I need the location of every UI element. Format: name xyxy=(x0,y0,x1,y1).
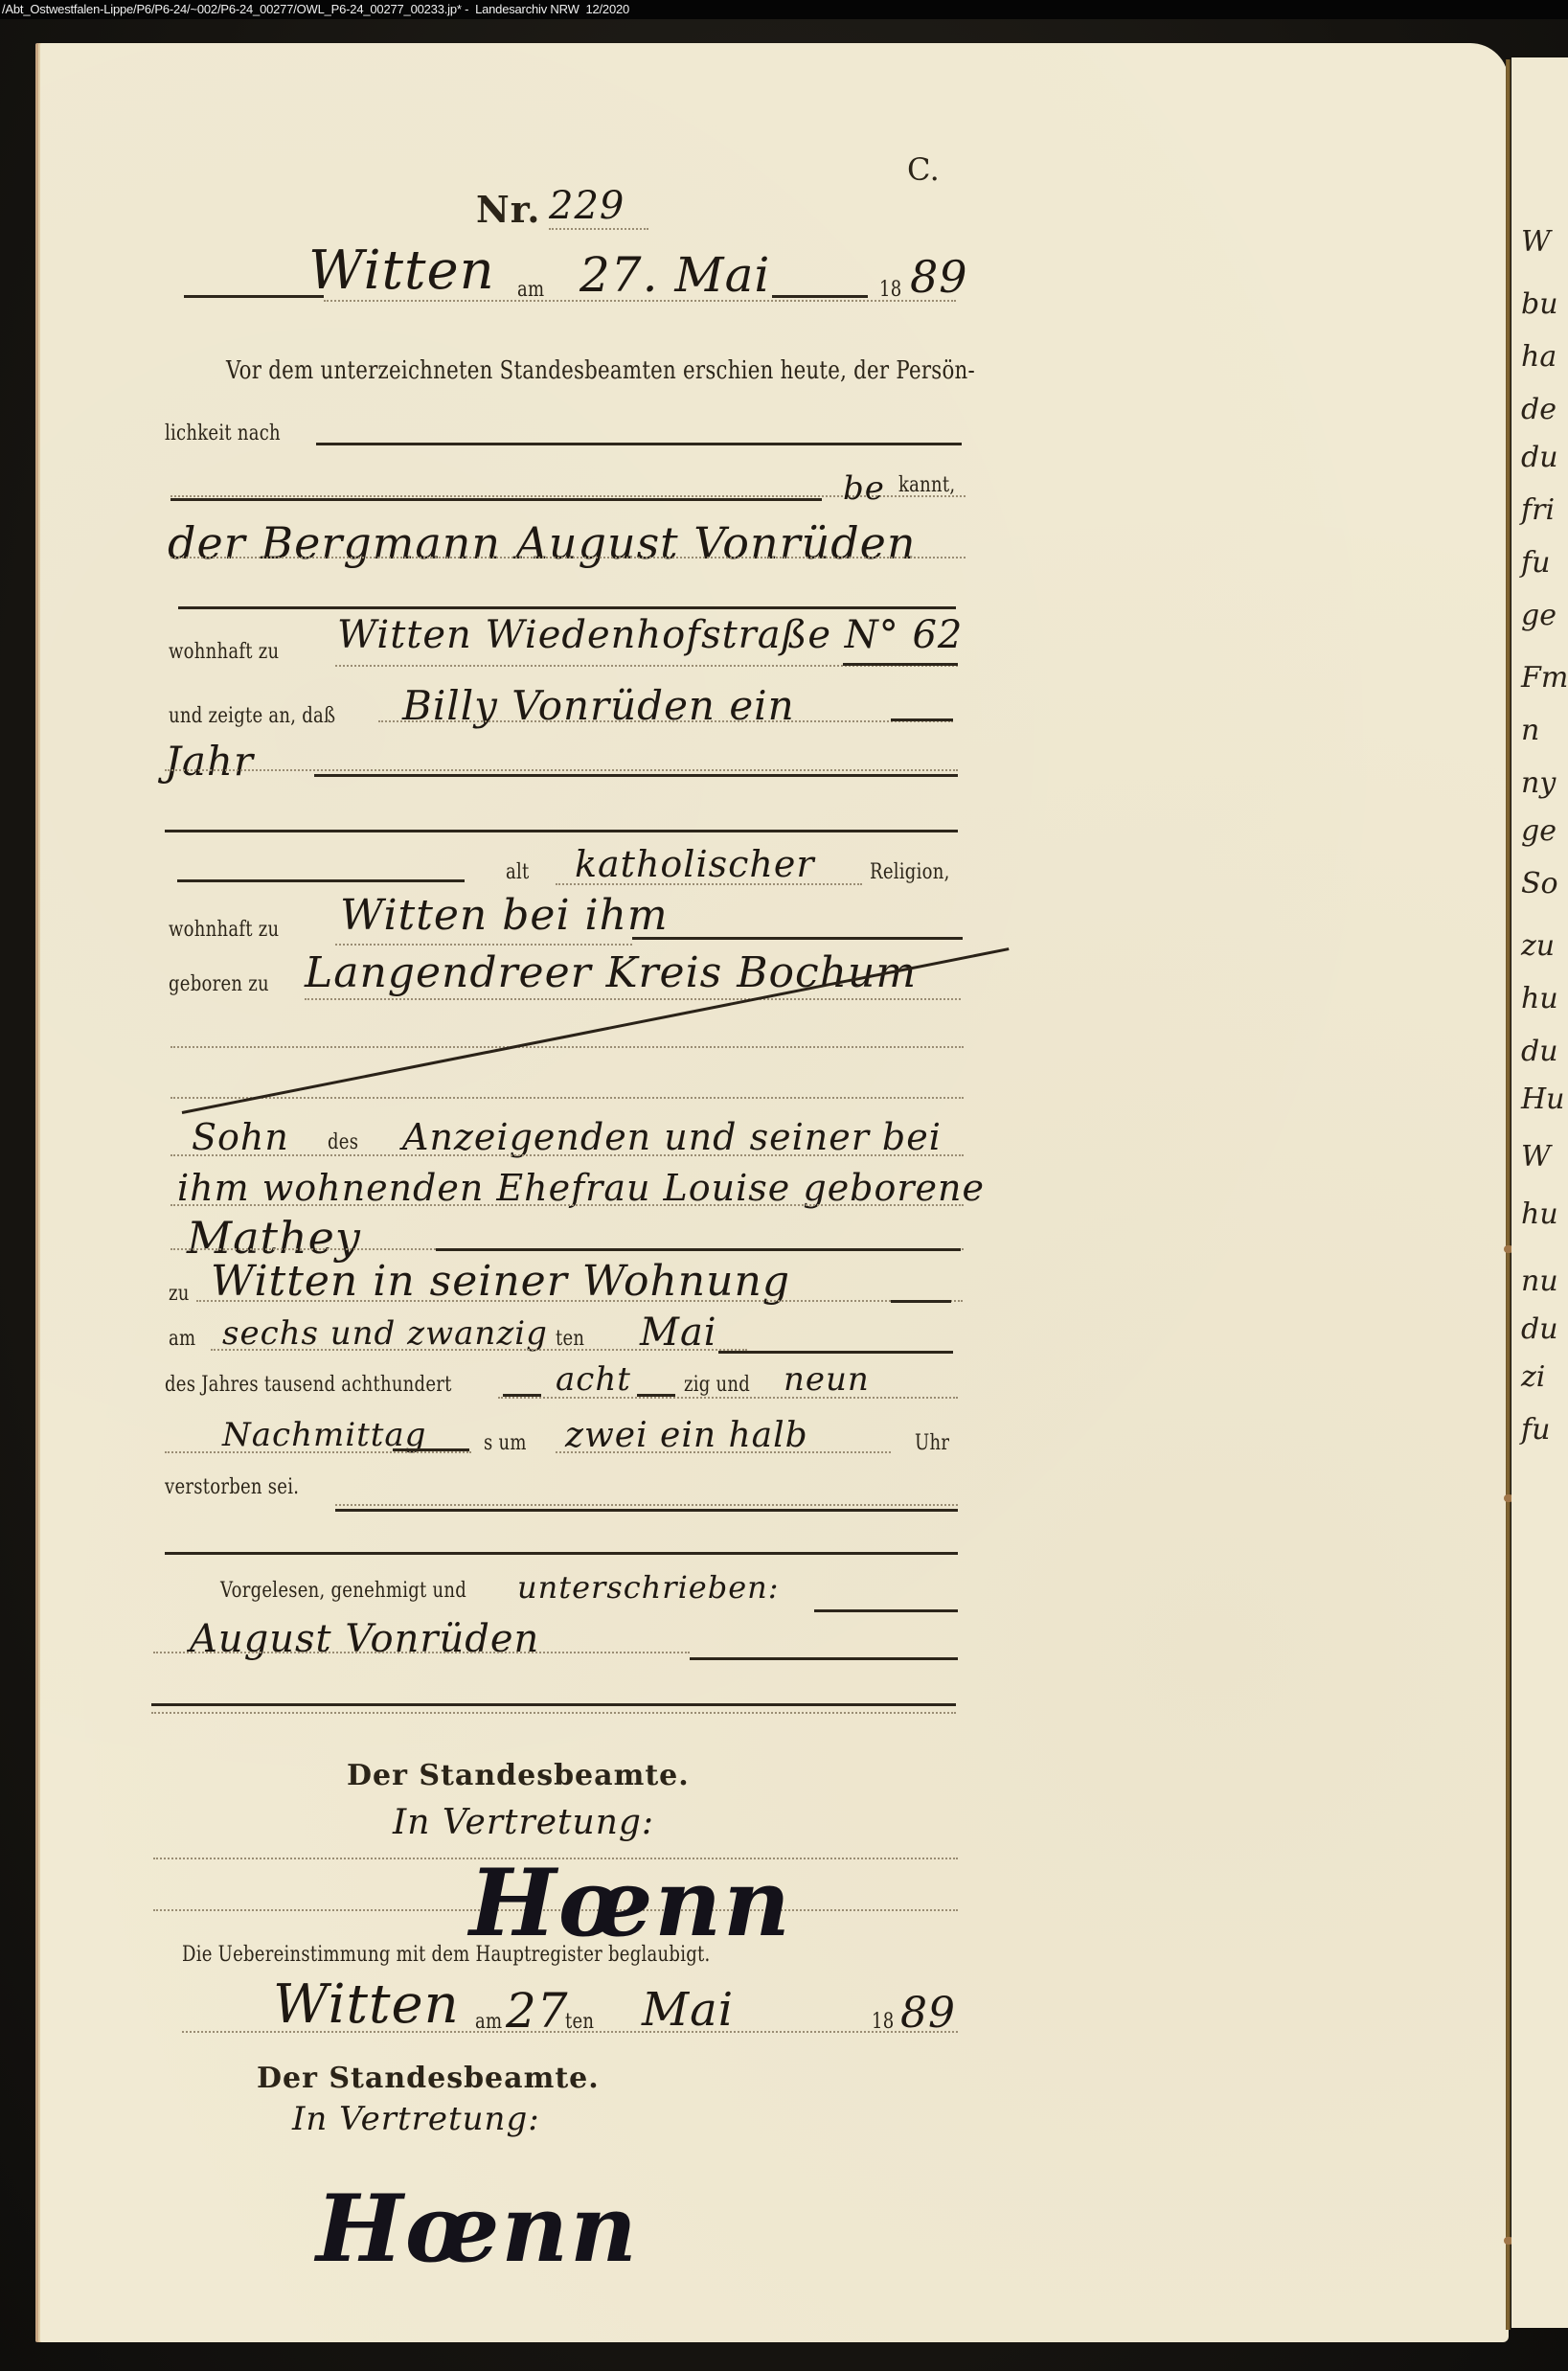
religion: katholischer xyxy=(575,843,815,885)
facing-page-text: W xyxy=(1521,1140,1551,1174)
rule xyxy=(891,1300,951,1303)
death-day-label: am xyxy=(169,1327,195,1351)
informant-signature: August Vonrüden xyxy=(190,1617,539,1661)
certification-text: Die Uebereinstimmung mit dem Hauptregist… xyxy=(182,1943,710,1967)
rule xyxy=(184,295,324,298)
mother-maiden-name: Mathey xyxy=(187,1212,361,1264)
hour-of-death: zwei ein halb xyxy=(565,1416,808,1455)
signed-word: unterschrieben: xyxy=(517,1569,780,1606)
dotted-line xyxy=(324,300,956,302)
intro-line-1: Vor dem unterzeichneten Standesbeamten e… xyxy=(226,356,975,385)
registrar-deputy-note-2: In Vertretung: xyxy=(292,2100,540,2138)
facing-page-text: So xyxy=(1521,867,1558,901)
informant-residence: Witten Wiedenhofstraße N° 62 xyxy=(337,613,963,657)
parents-line-2: ihm wohnenden Ehefrau Louise geborene xyxy=(177,1167,985,1209)
facing-page-text: fu xyxy=(1521,1413,1550,1447)
facing-page-text: de xyxy=(1521,393,1557,426)
zig-und-label: zig und xyxy=(684,1373,750,1397)
rule xyxy=(178,606,956,609)
dotted-line xyxy=(378,720,953,722)
facing-page-text: ny xyxy=(1521,766,1556,800)
facing-page-text: du xyxy=(1521,1312,1558,1346)
registrar-title: Der Standesbeamte. xyxy=(347,1759,690,1792)
rule xyxy=(335,1509,958,1512)
rule xyxy=(165,830,958,832)
rule xyxy=(316,443,962,445)
known-suffix-print: kannt, xyxy=(898,473,955,497)
intro-line-2: lichkeit nach xyxy=(165,422,281,445)
year-tens: acht xyxy=(556,1360,631,1399)
registrar-title-2: Der Standesbeamte. xyxy=(257,2062,600,2095)
facing-page-text: fri xyxy=(1521,493,1555,527)
facing-page-text: hu xyxy=(1521,1197,1558,1231)
window-title: /Abt_Ostwestfalen-Lippe/P6/P6-24/~002/P6… xyxy=(0,0,1568,19)
facing-page-text: ge xyxy=(1521,599,1557,632)
born-label: geboren zu xyxy=(169,972,269,996)
rule xyxy=(314,774,958,777)
dotted-line xyxy=(151,1712,956,1714)
parents-des-label: des xyxy=(328,1130,358,1154)
place-of-record: Witten xyxy=(308,239,495,302)
dotted-line xyxy=(165,1451,471,1453)
uhr-label: Uhr xyxy=(915,1431,949,1455)
alt-label: alt xyxy=(506,860,530,884)
birthplace: Langendreer Kreis Bochum xyxy=(305,948,917,997)
cert-month: Mai xyxy=(642,1983,734,2037)
death-day: sechs und zwanzig xyxy=(222,1314,548,1353)
facing-page-text: bu xyxy=(1521,287,1558,321)
dotted-line xyxy=(170,1046,964,1048)
dotted-line xyxy=(153,1652,690,1653)
facing-page-text: ha xyxy=(1521,340,1557,374)
record-year: 89 xyxy=(910,251,968,303)
dotted-line xyxy=(556,1451,891,1453)
book-spine xyxy=(1506,59,1511,2330)
facing-page-text: fu xyxy=(1521,546,1550,580)
death-place-label: zu xyxy=(169,1282,190,1306)
dotted-line xyxy=(170,1097,964,1099)
dotted-line xyxy=(335,944,632,946)
registrar-signature: Hœnn xyxy=(469,1849,792,1957)
reported-label: und zeigte an, daß xyxy=(169,704,335,728)
dotted-line xyxy=(556,883,862,885)
informant: der Bergmann August Vonrüden xyxy=(168,517,917,569)
year-text-label: des Jahres tausend achthundert xyxy=(165,1373,452,1397)
ten-label: ten xyxy=(556,1327,584,1351)
facing-page-text: zi xyxy=(1521,1360,1545,1394)
dotted-line xyxy=(165,769,958,771)
record-date: 27. Mai xyxy=(579,247,770,303)
year-prefix: 18 xyxy=(879,278,901,302)
facing-page-text: ge xyxy=(1521,814,1557,848)
dotted-line xyxy=(211,1349,747,1351)
facing-page-text: Fm xyxy=(1521,661,1568,695)
record-number-label: Nr. xyxy=(476,188,541,231)
religion-label: Religion, xyxy=(870,860,950,884)
dotted-line xyxy=(335,1504,958,1506)
rule xyxy=(436,1248,961,1251)
dotted-line xyxy=(196,1300,963,1302)
facing-page-text: du xyxy=(1521,441,1558,474)
record-number: 229 xyxy=(549,184,625,228)
dotted-line xyxy=(170,1204,964,1206)
died-label: verstorben sei. xyxy=(165,1475,299,1499)
facing-page-text: nu xyxy=(1521,1265,1558,1298)
dotted-line xyxy=(170,557,966,559)
rule xyxy=(843,663,958,666)
registrar-deputy-note: In Vertretung: xyxy=(393,1803,654,1842)
form-letter: C. xyxy=(907,151,940,188)
rule xyxy=(690,1657,958,1660)
s-um-label: s um xyxy=(484,1431,527,1455)
rule xyxy=(632,937,963,940)
rule xyxy=(165,1552,958,1555)
facing-page-text: du xyxy=(1521,1035,1558,1068)
dotted-line xyxy=(498,1397,958,1399)
dotted-line xyxy=(305,998,961,1000)
rule xyxy=(718,1351,953,1354)
parents-line-1a: Sohn xyxy=(192,1116,289,1158)
rule xyxy=(151,1703,956,1706)
read-approved-label: Vorgelesen, genehmigt und xyxy=(220,1579,466,1603)
rule xyxy=(814,1609,958,1612)
rule xyxy=(170,498,822,501)
parents-line-1b: Anzeigenden und seiner bei xyxy=(402,1116,942,1158)
year-units: neun xyxy=(784,1360,870,1399)
facing-page-text: W xyxy=(1521,225,1551,259)
known-suffix-hand: be xyxy=(843,469,885,508)
deceased-residence: Witten bei ihm xyxy=(340,891,669,940)
registrar-signature-2: Hœnn xyxy=(316,2175,639,2283)
rule xyxy=(772,295,868,298)
deceased-residence-label: wohnhaft zu xyxy=(169,918,279,942)
facing-page-text: zu xyxy=(1521,929,1555,963)
certification-place: Witten xyxy=(273,1973,460,2036)
dotted-line xyxy=(182,2031,958,2033)
facing-page-text: Hu xyxy=(1521,1083,1564,1116)
deceased-line-2: Jahr xyxy=(165,738,254,785)
am-label: am xyxy=(517,278,544,302)
facing-page-text: n xyxy=(1521,714,1539,747)
dotted-line xyxy=(170,1154,964,1156)
rule xyxy=(177,879,465,882)
residence-label: wohnhaft zu xyxy=(169,640,279,664)
facing-page-text: hu xyxy=(1521,982,1558,1015)
dotted-line xyxy=(549,228,648,230)
death-place: Witten in seiner Wohnung xyxy=(211,1257,790,1306)
rule xyxy=(891,718,953,721)
